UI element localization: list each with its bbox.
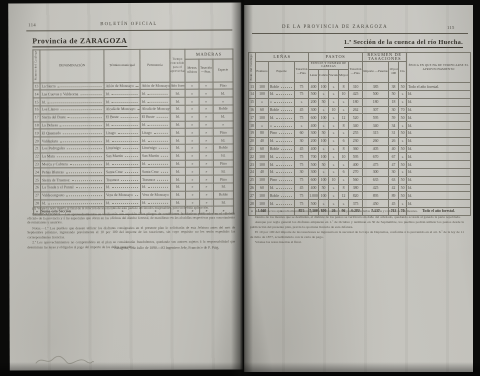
right-forest-table: Núm. del Catálogo LEÑAS PASTOS RESUMEN D… xyxy=(248,52,471,216)
right-page-number: 115 xyxy=(447,25,455,30)
cell-catalog-number: 25 xyxy=(249,176,256,184)
cell-importe: 595 xyxy=(363,114,389,122)
cell-lenas-especie: Pino xyxy=(269,176,295,184)
cell-especie: Pino xyxy=(213,82,233,90)
cell-termino: Id. xyxy=(104,98,140,106)
cell-catalog-number: 23 xyxy=(33,160,40,168)
col-header-tasacion-maderas: Tasación —Ptas. xyxy=(199,59,213,82)
cell-tiempo: Id. xyxy=(171,191,186,199)
cell-catalog-number: 14 xyxy=(249,90,256,98)
cell-epoca: Id. xyxy=(407,161,471,169)
cell-vacuno: » xyxy=(329,114,339,122)
cell-centimos: » xyxy=(399,98,407,106)
cell-especie: » xyxy=(213,121,233,129)
table-row: 21 60 Roble 45 400 » » 8 360 405 40 50 I… xyxy=(249,145,471,153)
cell-catalog-number: 17 xyxy=(33,114,40,122)
cell-catalog-number: 13 xyxy=(33,82,40,90)
cell-tasacion: » xyxy=(199,113,213,121)
table-row: 15 » » » 200 50 » » 180 180 18 » Id. xyxy=(249,98,471,106)
cell-esterros: 100 xyxy=(256,192,269,200)
cell-pertenencia: San Martín xyxy=(140,152,170,160)
cell-diez-por-cien: 30 xyxy=(389,168,399,176)
cell-lanar: 700 xyxy=(309,153,319,161)
cell-diez-por-cien: 45 xyxy=(389,200,399,208)
col-header-termino: Término municipal xyxy=(104,49,140,82)
cell-catalog-number: 24 xyxy=(249,168,256,176)
cell-mayor: » xyxy=(339,200,349,208)
cell-lenas-especie: Pino xyxy=(269,129,295,137)
left-table-body: 13 La Sierra Añón de Moncayo Añón de Mon… xyxy=(33,82,234,208)
cell-lenas-especie: Id. xyxy=(269,137,295,145)
cell-epoca: Id. xyxy=(407,168,471,176)
cell-pertenencia: Id. xyxy=(140,160,170,168)
cell-termino: San Martín xyxy=(104,152,140,160)
cell-lenas-especie: Id. xyxy=(269,114,295,122)
cell-tiempo: Id. xyxy=(170,121,185,129)
cell-catalog-number: 15 xyxy=(33,98,40,106)
cell-lanar: 200 xyxy=(309,137,319,145)
cell-cabrio: » xyxy=(319,122,329,130)
cell-metros: » xyxy=(185,183,199,191)
cell-importe: 307 xyxy=(363,106,389,114)
cell-epoca: Id. xyxy=(407,106,471,114)
cell-mayor: » xyxy=(339,176,349,184)
cell-diez-por-cien: 42 xyxy=(389,184,399,192)
footnote-paragraph: Aunque por regla general los disfrutes e… xyxy=(250,220,464,229)
cell-esterros: 100 xyxy=(256,200,269,208)
cell-tiempo: Id. xyxy=(170,90,185,98)
col-header-denominacion: DENOMINACIÓN xyxy=(40,50,104,83)
cell-lenas-tasacion: 75 xyxy=(295,192,309,200)
cell-tasacion: » xyxy=(199,128,213,136)
footnote-paragraph: Además de los aprovechamientos consignad… xyxy=(250,209,464,213)
cell-pastos-tasacion: 820 xyxy=(349,192,363,200)
table-row: 25 100 Pino 75 600 100 10 » 560 635 63 5… xyxy=(249,176,471,184)
table-row: 28 100 Id. 75 500 » » » 375 450 45 » Id. xyxy=(249,200,471,208)
cell-tasacion: » xyxy=(199,152,213,160)
col-header-especie-maderas: Especie xyxy=(213,59,233,82)
right-table-body: 13 100 Roble 75 400 100 » 8 310 385 38 5… xyxy=(249,83,471,208)
cell-metros: » xyxy=(185,160,199,168)
cell-importe: 340 xyxy=(363,122,389,130)
cell-lenas-especie: » xyxy=(269,98,295,106)
cell-lanar: 300 xyxy=(309,168,319,176)
table-row: 16 60 Roble 45 300 » 10 » 262 307 30 70 … xyxy=(249,106,471,114)
group-header-lenas: LEÑAS xyxy=(256,53,309,62)
cell-epoca: Id. xyxy=(407,200,471,208)
cell-lenas-especie: Roble xyxy=(269,192,295,200)
cell-lenas-tasacion: 45 xyxy=(295,145,309,153)
cell-lenas-tasacion: 75 xyxy=(295,114,309,122)
cell-tasacion: » xyxy=(199,183,213,191)
cell-lanar: 500 xyxy=(309,200,319,208)
cell-catalog-number: 25 xyxy=(33,176,40,184)
cell-lenas-especie: Id. xyxy=(269,200,295,208)
cell-cabrio: 50 xyxy=(319,129,329,137)
cell-lanar: 300 xyxy=(309,106,319,114)
cell-termino: Id. xyxy=(104,90,140,98)
cell-tiempo: Id. xyxy=(170,113,185,121)
cell-cabrio: » xyxy=(319,145,329,153)
cell-tiempo: Id. xyxy=(170,105,185,113)
cell-tasacion: » xyxy=(199,175,213,183)
col-header-metros: Metros cúbicos xyxy=(185,59,199,82)
cell-esterros: 100 xyxy=(256,153,269,161)
cell-termino: Alcalá de Moncayo xyxy=(104,105,140,113)
col-header-mayor: Mayor xyxy=(339,70,349,83)
cell-catalog-number: 20 xyxy=(33,137,40,145)
group-header-pastos: PASTOS xyxy=(309,53,363,62)
cell-especie: Id. xyxy=(213,113,233,121)
cell-tiempo: Id. xyxy=(170,160,185,168)
cell-vacuno: » xyxy=(329,90,339,98)
cell-diez-por-cien: 47 xyxy=(389,161,399,169)
cell-vacuno: 10 xyxy=(329,106,339,114)
cell-mayor: 8 xyxy=(339,122,349,130)
cell-catalog-number: 21 xyxy=(33,145,40,153)
cell-lenas-tasacion: 75 xyxy=(295,90,309,98)
col-header-lenas-tasacion: Tasación —Ptas. xyxy=(295,61,309,83)
cell-pastos-tasacion: 180 xyxy=(349,98,363,106)
cell-pertenencia: Id. xyxy=(140,183,170,191)
right-running-header: DE LA PROVINCIA DE ZARAGOZA xyxy=(282,25,388,30)
cell-diez-por-cien: 31 xyxy=(389,129,399,137)
col-header-centimos: Cts. xyxy=(399,61,407,83)
cell-lenas-especie: Id. xyxy=(269,161,295,169)
cell-pastos-tasacion: 262 xyxy=(349,106,363,114)
cell-diez-por-cien: 59 xyxy=(389,114,399,122)
cell-tasacion: » xyxy=(199,97,213,105)
cell-catalog-number: 17 xyxy=(249,114,256,122)
cell-mayor: 12 xyxy=(339,192,349,200)
cell-catalog-number: 18 xyxy=(33,121,40,129)
table-row: 23 100 Id. 75 500 50 » » 400 475 47 50 I… xyxy=(249,161,471,169)
cell-cabrio: 100 xyxy=(319,176,329,184)
cell-catalog-number: 21 xyxy=(249,145,256,153)
cell-epoca: Id. xyxy=(407,153,471,161)
footnote-paragraph: Véanse las notas insertas al final. xyxy=(250,240,464,244)
col-header-epoca: ÉPOCA EN QUE HA DE VERIFICARSE EL APROVE… xyxy=(407,53,471,83)
cell-especie: Roble xyxy=(213,105,233,113)
cell-pastos-tasacion: 400 xyxy=(349,161,363,169)
cell-lenas-tasacion: » xyxy=(295,98,309,106)
cell-metros: » xyxy=(185,152,199,160)
cell-catalog-number: 19 xyxy=(33,129,40,137)
section-title: 1.ª Sección de la cuenca del río Huecha. xyxy=(344,39,463,48)
cell-centimos: 50 xyxy=(399,145,407,153)
table-row: 26 60 Id. 45 400 50 » 8 380 425 42 50 Id… xyxy=(249,184,471,192)
right-footnotes: Además de los aprovechamientos consignad… xyxy=(250,209,464,246)
cell-cabrio: » xyxy=(319,106,329,114)
table-row: 17 100 Id. 75 600 100 » 12 520 595 59 50 xyxy=(249,114,471,122)
cell-lanar: 600 xyxy=(309,176,319,184)
cell-pertenencia: Litago xyxy=(140,129,170,137)
cell-mayor: 6 xyxy=(339,137,349,145)
cell-importe: 385 xyxy=(363,83,389,91)
cell-diez-por-cien: 30 xyxy=(389,106,399,114)
left-page: 114 BOLETÍN OFICIAL Provincia de ZARAGOZ… xyxy=(8,2,243,370)
right-header-rule xyxy=(252,33,468,34)
cell-importe: 260 xyxy=(363,137,389,145)
cell-lenas-tasacion: 75 xyxy=(295,153,309,161)
cell-diez-por-cien: 38 xyxy=(389,83,399,91)
cell-vacuno: » xyxy=(329,98,339,106)
cell-especie: Id. xyxy=(213,183,233,191)
cell-metros: » xyxy=(185,113,199,121)
cell-cabrio: 50 xyxy=(319,161,329,169)
cell-vacuno: » xyxy=(329,137,339,145)
cell-vacuno: » xyxy=(329,168,339,176)
cell-lenas-tasacion: 30 xyxy=(295,168,309,176)
cell-lenas-tasacion: 75 xyxy=(295,200,309,208)
cell-vacuno: » xyxy=(329,161,339,169)
cell-mayor: » xyxy=(339,106,349,114)
cell-vacuno: 10 xyxy=(329,176,339,184)
cell-pertenencia: Alcalá de Moncayo xyxy=(140,105,170,113)
cell-metros: » xyxy=(185,82,199,90)
cell-tiempo: Id. xyxy=(170,152,185,160)
cell-tiempo: Id. xyxy=(170,183,185,191)
table-row: 13 100 Roble 75 400 100 » 8 310 385 38 5… xyxy=(249,83,471,91)
cell-termino: Vera de Moncayo xyxy=(105,191,141,199)
cell-pastos-tasacion: 340 xyxy=(349,122,363,130)
cell-metros: » xyxy=(185,144,199,152)
cell-especie: » xyxy=(213,97,233,105)
cell-metros: » xyxy=(185,90,199,98)
cell-centimos: » xyxy=(399,153,407,161)
cell-lanar: 400 xyxy=(309,145,319,153)
cell-lenas-tasacion: 60 xyxy=(295,129,309,137)
cell-cabrio: » xyxy=(319,168,329,176)
cell-especie: Roble xyxy=(213,144,233,152)
cell-catalog-number: 22 xyxy=(33,153,40,161)
cell-tasacion: » xyxy=(199,82,213,90)
cell-termino: Id. xyxy=(104,160,140,168)
table-row: 24 40 Id. 30 300 » » 6 270 300 30 » Id. xyxy=(249,168,471,176)
cell-importe: 315 xyxy=(363,129,389,137)
cell-cabrio: 100 xyxy=(319,83,329,91)
cell-lenas-especie: Id. xyxy=(269,168,295,176)
col-header-vacuno: Vacuno xyxy=(329,70,339,83)
sub-header-cabezas: ESPECIE Y NÚMERO DE CABEZAS xyxy=(309,61,349,70)
left-running-header: BOLETÍN OFICIAL xyxy=(100,22,157,27)
cell-tasacion: » xyxy=(199,89,213,97)
table-row: 18 » » » 400 » » 8 340 340 34 » Id. xyxy=(249,122,471,130)
cell-catalog-number: 27 xyxy=(34,192,41,200)
footnote-paragraph: El 10 por 100 del importe de las tasacio… xyxy=(250,230,464,239)
cell-mayor: 10 xyxy=(339,90,349,98)
cell-centimos: 50 xyxy=(399,184,407,192)
cell-importe: 425 xyxy=(363,184,389,192)
cell-lanar: 300 xyxy=(309,129,319,137)
cell-esterros: 60 xyxy=(256,184,269,192)
cell-catalog-number: 16 xyxy=(33,106,40,114)
cell-lanar: 500 xyxy=(309,90,319,98)
cell-vacuno: » xyxy=(329,192,339,200)
table-row: 19 80 Pino 60 300 50 » » 255 315 31 50 I… xyxy=(249,129,471,137)
cell-lenas-tasacion: » xyxy=(295,122,309,130)
table-row: 27 100 Roble 75 1.000 100 » 12 820 895 8… xyxy=(249,192,471,200)
pencil-scribble xyxy=(34,352,96,368)
right-table-header: Núm. del Catálogo LEÑAS PASTOS RESUMEN D… xyxy=(249,53,471,83)
scanned-bulletin-spread: 114 BOLETÍN OFICIAL Provincia de ZARAGOZ… xyxy=(0,0,480,376)
cell-centimos: 70 xyxy=(399,106,407,114)
cell-pertenencia: Añón de Moncayo xyxy=(140,82,170,90)
cell-mayor: 10 xyxy=(339,153,349,161)
cell-pastos-tasacion: 380 xyxy=(349,184,363,192)
province-title: Provincia de ZARAGOZA xyxy=(32,36,127,47)
cell-tasacion: » xyxy=(199,144,213,152)
left-page-number: 114 xyxy=(28,22,36,27)
cell-mayor: 6 xyxy=(339,168,349,176)
cell-termino: Litago xyxy=(104,129,140,137)
cell-esterros: 100 xyxy=(256,90,269,98)
cell-cabrio: 100 xyxy=(319,192,329,200)
cell-pastos-tasacion: 310 xyxy=(349,83,363,91)
cell-esterros: 100 xyxy=(256,83,269,91)
cell-tasacion: » xyxy=(199,136,213,144)
cell-epoca: Id. xyxy=(407,129,471,137)
left-footnotes: (1) Véase la nota inserta al final de la… xyxy=(27,206,235,251)
cell-pertenencia: Santa Cruz xyxy=(140,168,170,176)
cell-tiempo: Id. xyxy=(170,129,185,137)
cell-pastos-tasacion: 230 xyxy=(349,137,363,145)
cell-catalog-number: 15 xyxy=(249,98,256,106)
cell-catalog-number: 19 xyxy=(249,129,256,137)
cell-epoca: Id. xyxy=(407,137,471,145)
cell-catalog-number: 16 xyxy=(249,106,256,114)
cell-centimos: » xyxy=(399,200,407,208)
cell-vacuno: » xyxy=(329,83,339,91)
cell-vacuno: » xyxy=(329,129,339,137)
cell-pastos-tasacion: 520 xyxy=(349,114,363,122)
cell-cabrio: 50 xyxy=(319,98,329,106)
cell-tiempo: Id. xyxy=(170,175,185,183)
cell-epoca: Id. xyxy=(407,114,471,122)
cell-pertenencia: Id. xyxy=(140,97,170,105)
cell-pastos-tasacion: 595 xyxy=(349,153,363,161)
cell-importe: 405 xyxy=(363,145,389,153)
cell-lenas-especie: » xyxy=(269,122,295,130)
cell-tasacion: » xyxy=(199,160,213,168)
cell-pertenencia: Id. xyxy=(140,90,170,98)
col-header-lenas-especie: Especie xyxy=(269,61,295,83)
cell-importe: 450 xyxy=(363,200,389,208)
cell-lanar: 400 xyxy=(309,122,319,130)
cell-lenas-especie: Roble xyxy=(269,83,295,91)
cell-lenas-especie: Id. xyxy=(269,153,295,161)
left-table-header: Número del Catálogo DENOMINACIÓN Término… xyxy=(33,49,233,82)
cell-catalog-number: 22 xyxy=(249,153,256,161)
cell-especie: Pino xyxy=(213,160,233,168)
cell-pertenencia: El Buste xyxy=(140,113,170,121)
cell-mayor: 8 xyxy=(339,83,349,91)
cell-termino: Trasmoz xyxy=(104,176,140,184)
cell-termino: El Buste xyxy=(104,113,140,121)
cell-esterros: 100 xyxy=(256,114,269,122)
cell-lenas-especie: Roble xyxy=(269,145,295,153)
cell-centimos: 50 xyxy=(399,83,407,91)
cell-termino: Id. xyxy=(104,183,140,191)
cell-centimos: 50 xyxy=(399,161,407,169)
cell-centimos: » xyxy=(399,168,407,176)
cell-catalog-number: 26 xyxy=(249,184,256,192)
footnote-paragraph: OBSERVACIONES.—Los aprovechamientos se v… xyxy=(27,211,235,225)
cell-importe: 180 xyxy=(363,98,389,106)
col-header-esterros: Estéreos xyxy=(256,61,269,83)
cell-pertenencia: Id. xyxy=(140,136,170,144)
cell-lanar: 200 xyxy=(309,98,319,106)
cell-epoca: Id. xyxy=(407,176,471,184)
group-header-maderas: MADERAS xyxy=(185,49,233,59)
cell-diez-por-cien: 63 xyxy=(389,176,399,184)
cell-centimos: 50 xyxy=(399,192,407,200)
cell-centimos: » xyxy=(399,137,407,145)
cell-diez-por-cien: 34 xyxy=(389,122,399,130)
cell-tiempo: Id. xyxy=(170,136,185,144)
cell-esterros: 40 xyxy=(256,137,269,145)
cell-lanar: 400 xyxy=(309,83,319,91)
footnote-paragraph: Notas.—1.ª Los pueblos que deseen utiliz… xyxy=(27,225,235,239)
cell-mayor: 8 xyxy=(339,145,349,153)
cell-lenas-tasacion: 30 xyxy=(295,137,309,145)
cell-tasacion: » xyxy=(199,121,213,129)
cell-epoca: Id. xyxy=(407,98,471,106)
cell-metros: » xyxy=(185,168,199,176)
cell-pertenencia: Id. xyxy=(140,121,170,129)
cell-mayor: 12 xyxy=(339,114,349,122)
group-header-resumen: RESUMEN DE TASACIONES xyxy=(363,53,407,62)
cell-centimos: 50 xyxy=(399,114,407,122)
cell-pertenencia: Vera de Moncayo xyxy=(141,191,171,199)
cell-centimos: » xyxy=(399,122,407,130)
cell-vacuno: » xyxy=(329,122,339,130)
cell-esterros: 40 xyxy=(256,168,269,176)
cell-tiempo: Id. xyxy=(170,97,185,105)
cell-diez-por-cien: 18 xyxy=(389,98,399,106)
cell-pastos-tasacion: 360 xyxy=(349,145,363,153)
cell-esterros: 80 xyxy=(256,129,269,137)
cell-lanar: 400 xyxy=(309,184,319,192)
cell-importe: 475 xyxy=(363,161,389,169)
cell-metros: » xyxy=(185,105,199,113)
cell-metros: » xyxy=(185,136,199,144)
cell-pertenencia: Lituénigo xyxy=(140,144,170,152)
cell-especie: Id. xyxy=(213,167,233,175)
cell-importe: 635 xyxy=(363,176,389,184)
cell-vacuno: » xyxy=(329,153,339,161)
footnote-paragraph: (1) Véase la nota inserta al final de la… xyxy=(27,206,235,211)
cell-metros: » xyxy=(185,121,199,129)
cell-metros: » xyxy=(185,97,199,105)
col-header-pertenencia: Pertenencia xyxy=(140,49,170,82)
cell-cabrio: » xyxy=(319,200,329,208)
cell-cabrio: 100 xyxy=(319,137,329,145)
cell-termino: Añón de Moncayo xyxy=(104,82,140,90)
cell-termino: Id. xyxy=(104,121,140,129)
cell-especie: Id. xyxy=(213,136,233,144)
cell-lenas-tasacion: 45 xyxy=(295,106,309,114)
cell-pastos-tasacion: 425 xyxy=(349,90,363,98)
cell-cabrio: » xyxy=(319,90,329,98)
cell-esterros: » xyxy=(256,122,269,130)
cell-especie: Id. xyxy=(213,152,233,160)
cell-esterros: 100 xyxy=(256,176,269,184)
cell-epoca: Id. xyxy=(407,192,471,200)
col-header-tiempo: Tiempo concedido para el aprovechamiento xyxy=(170,49,185,82)
cell-diez-por-cien: 26 xyxy=(389,137,399,145)
cell-catalog-number: 20 xyxy=(249,137,256,145)
